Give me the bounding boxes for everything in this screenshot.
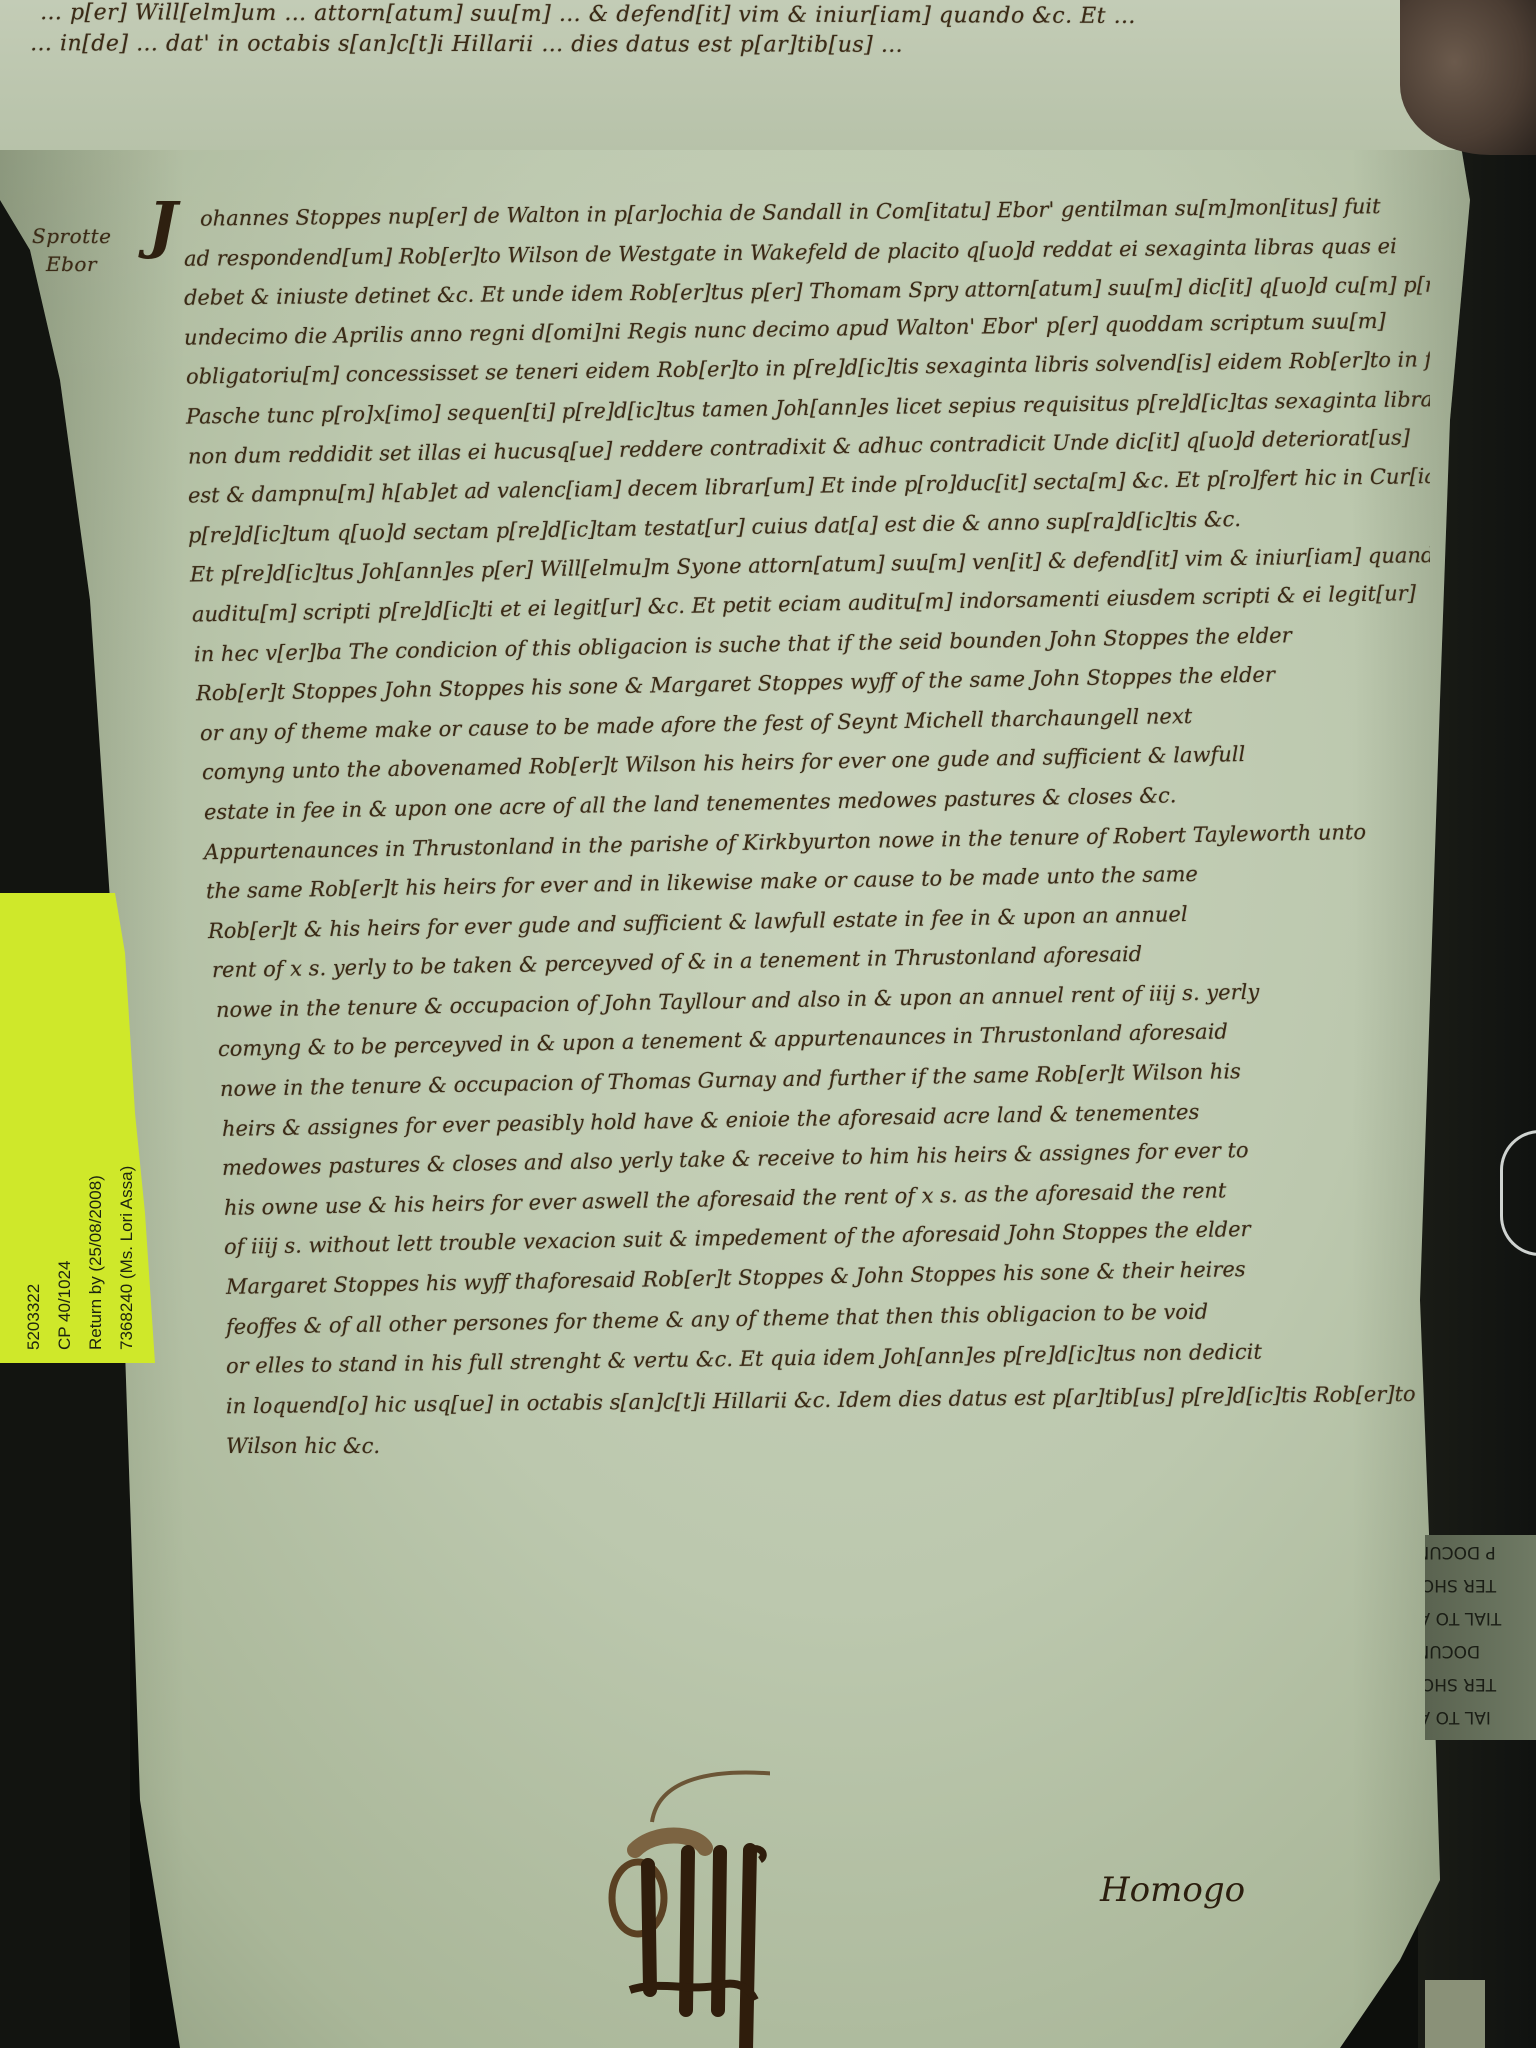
slip-line: TER SHOULD Y: [1425, 1667, 1530, 1700]
slip-line: TER SHOULD Y: [1425, 1568, 1530, 1601]
label-return-date: Return by (25/08/2008): [80, 1166, 111, 1350]
label-document-ref: CP 40/1024: [49, 1166, 80, 1350]
text-line: Wilson hic &c.: [160, 1427, 1430, 1467]
margin-note: Sprotte Ebor: [32, 222, 112, 278]
document-slip: DOCUMENTS IAL TO ALLOW TER SHOULD Y DOCU…: [1425, 1535, 1536, 1740]
top-strip-line-1: … p[er] Will[elm]um … attorn[atum] suu[m…: [40, 0, 1136, 29]
notarial-mark: [600, 1760, 770, 2048]
manuscript-body: ohannes Stoppes nup[er] de Walton in p[a…: [160, 200, 1430, 1467]
label-reader: 7368240 (Ms. Lori Assa): [111, 1166, 142, 1350]
cable: [1500, 1130, 1536, 1256]
slip-line: TIAL TO ALLOW: [1425, 1601, 1530, 1634]
archive-label-text: 5203322 CP 40/1024 Return by (25/08/2008…: [18, 1166, 142, 1350]
margin-note-line: Sprotte: [32, 222, 112, 250]
slip-text: DOCUMENTS IAL TO ALLOW TER SHOULD Y DOCU…: [1425, 1535, 1530, 1740]
top-strip-line-2: … in[de] … dat' in octabis s[an]c[t]i Hi…: [30, 31, 903, 58]
signature: Homogo: [1100, 1870, 1245, 1910]
label-reference-number: 5203322: [18, 1166, 49, 1350]
slip-line: P DOCUMENTS: [1425, 1535, 1530, 1568]
margin-note-line: Ebor: [32, 250, 112, 278]
slip-line: IAL TO ALLOW: [1425, 1700, 1530, 1733]
slip-line: DOCUMENTS: [1425, 1634, 1530, 1667]
slip-line: DOCUMENTS: [1425, 1733, 1530, 1740]
document-tab: [1425, 1980, 1485, 2048]
